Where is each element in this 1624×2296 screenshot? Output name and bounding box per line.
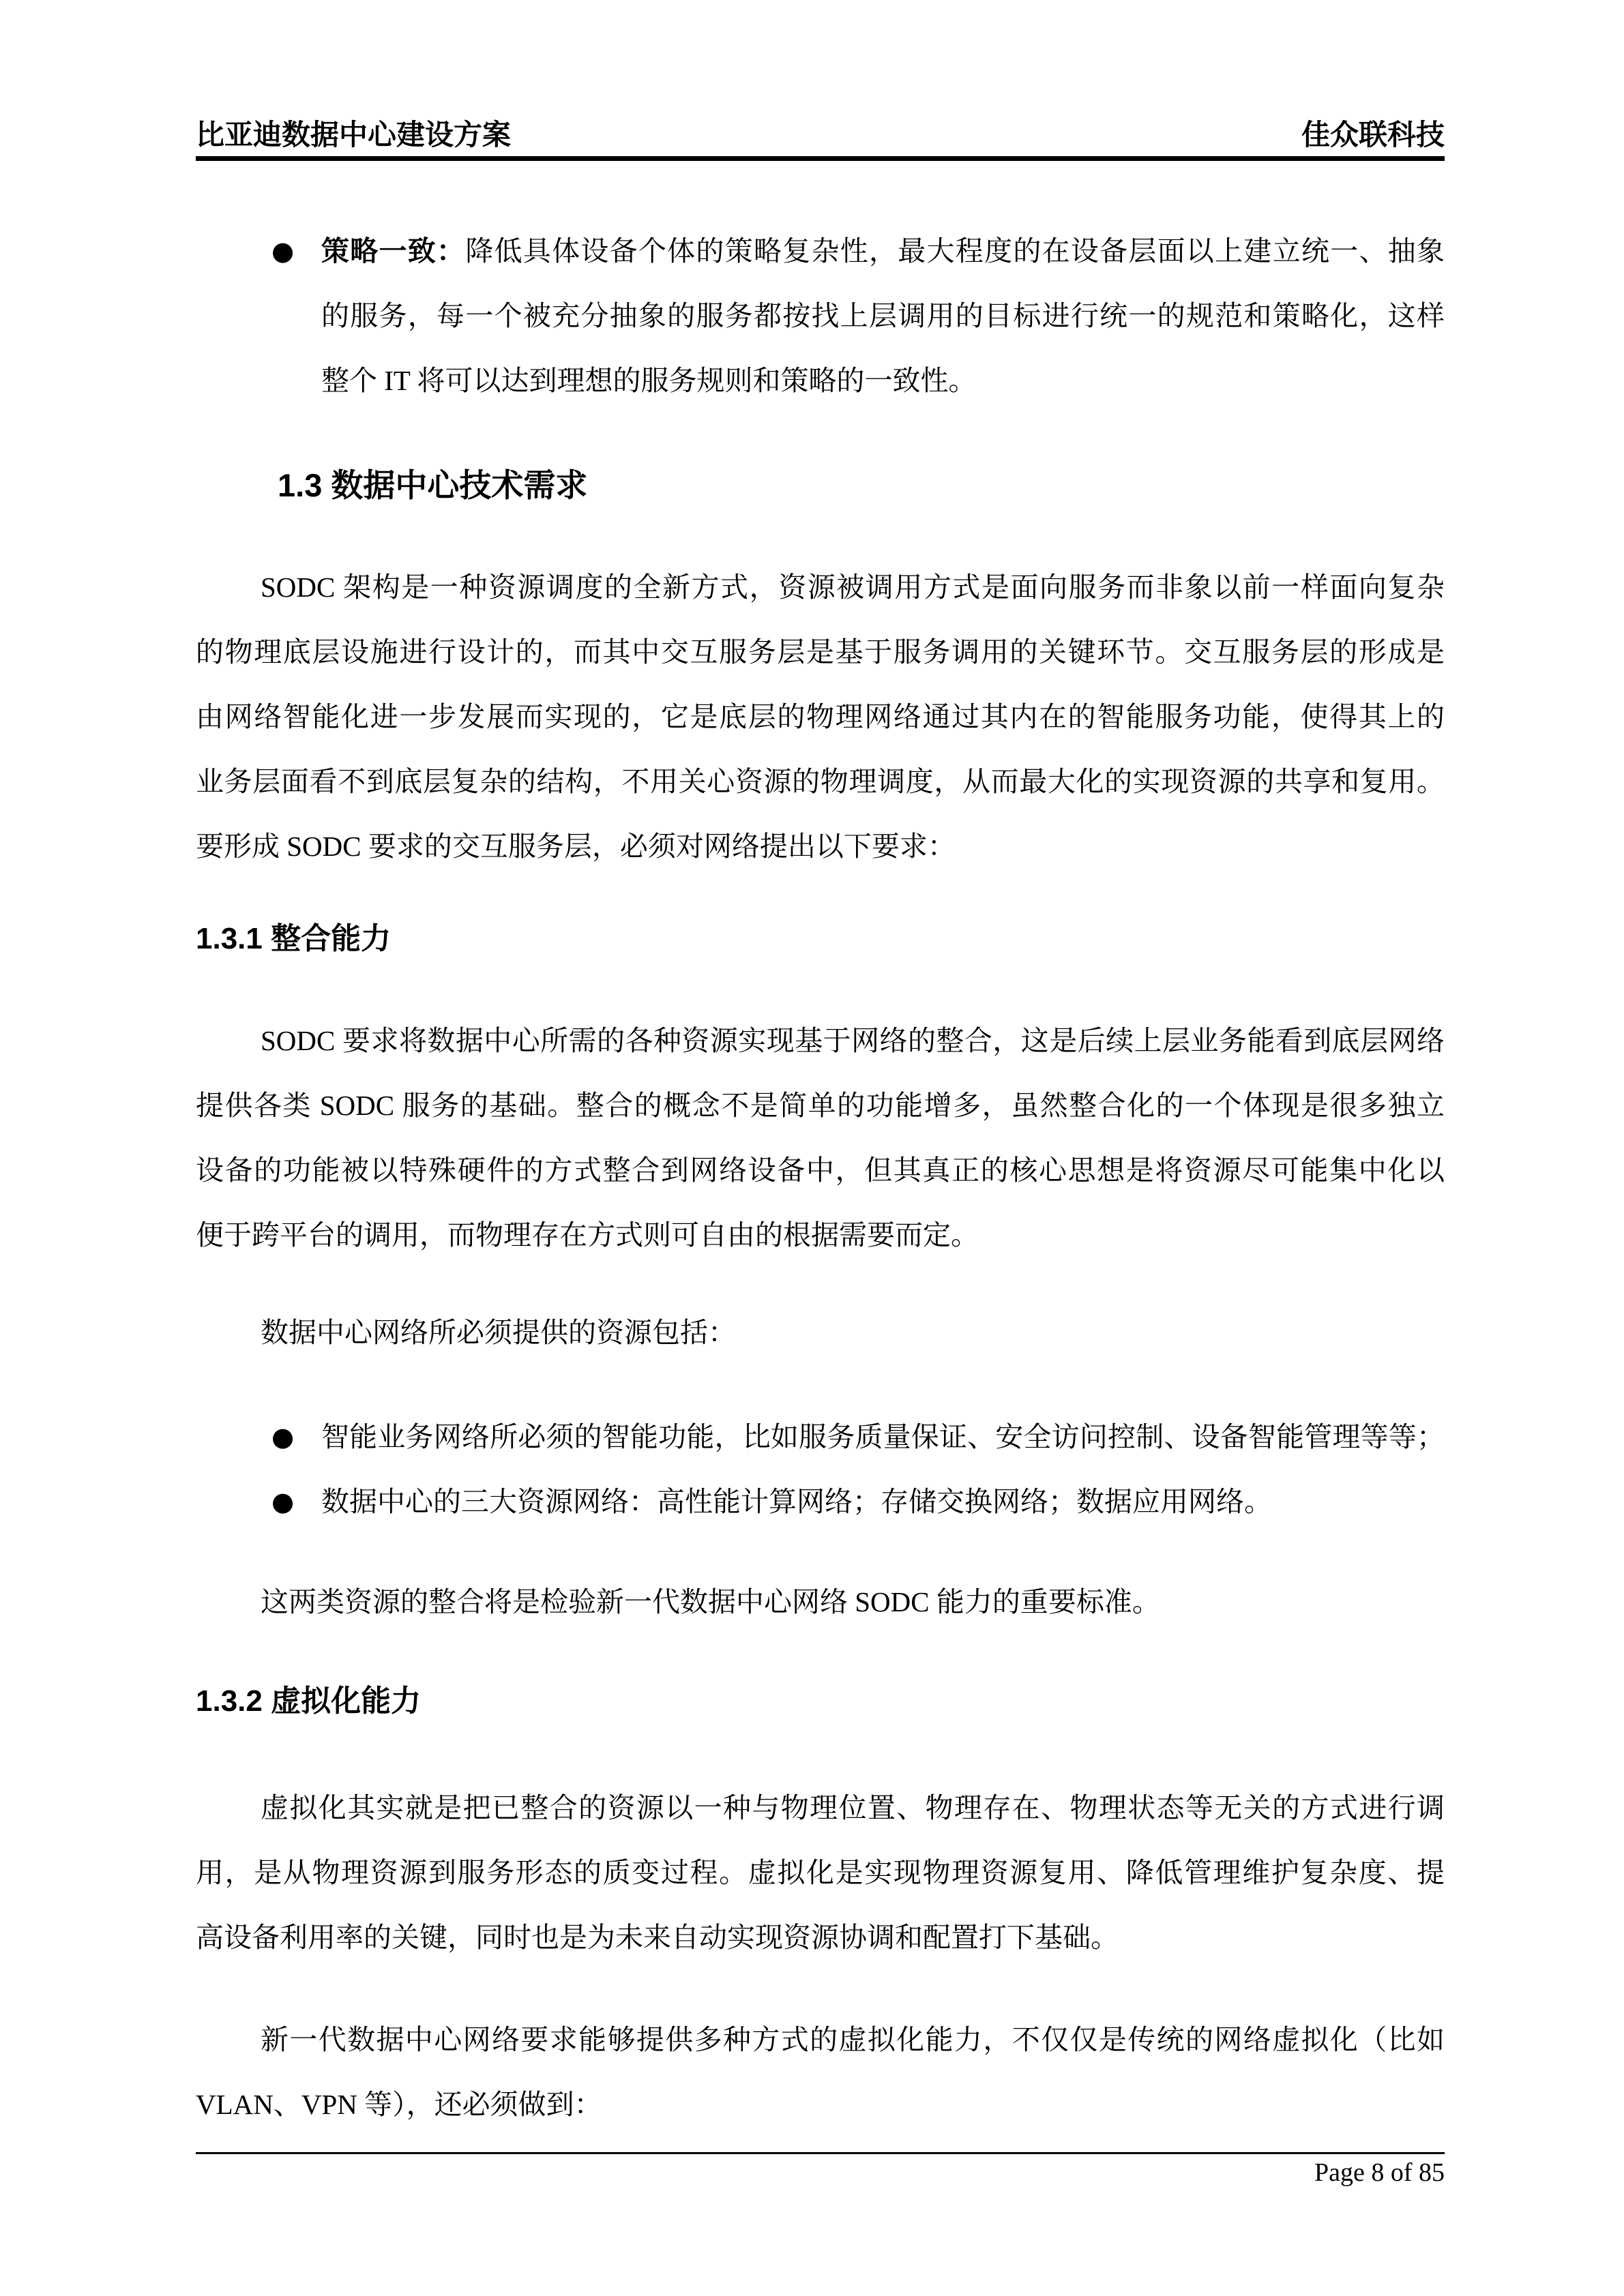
text-line: 这两类资源的整合将是检验新一代数据中心网络 SODC 能力的重要标准。: [196, 1570, 1445, 1635]
text-line: 用，是从物理资源到服务形态的质变过程。虚拟化是实现物理资源复用、降低管理维护复杂…: [196, 1840, 1445, 1905]
section-1-3-1-paragraph-1: SODC 要求将数据中心所需的各种资源实现基于网络的整合，这是后续上层业务能看到…: [196, 1009, 1445, 1268]
text-line: 提供各类 SODC 服务的基础。整合的概念不是简单的功能增多，虽然整合化的一个体…: [196, 1073, 1445, 1138]
section-title-1-3-2: 1.3.2 虚拟化能力: [196, 1669, 1445, 1733]
text-line: 整个 IT 将可以达到理想的服务规则和策略的一致性。: [321, 348, 1445, 413]
bullet-icon: ●: [271, 1405, 294, 1470]
page-header: 比亚迪数据中心建设方案 佳众联科技: [196, 0, 1445, 151]
section-1-3-1-paragraph-3: 这两类资源的整合将是检验新一代数据中心网络 SODC 能力的重要标准。: [196, 1570, 1445, 1635]
text-line: 智能业务网络所必须的智能功能，比如服务质量保证、安全访问控制、设备智能管理等等；: [321, 1405, 1445, 1470]
section-1-3-intro-paragraph: SODC 架构是一种资源调度的全新方式，资源被调用方式是面向服务而非象以前一样面…: [196, 555, 1445, 879]
text-line: 由网络智能化进一步发展而实现的，它是底层的物理网络通过其内在的智能服务功能，使得…: [196, 685, 1445, 749]
policy-bullet-item: ● 策略一致：降低具体设备个体的策略复杂性，最大程度的在设备层面以上建立统一、抽…: [196, 219, 1445, 413]
text-line: 数据中心网络所必须提供的资源包括：: [196, 1300, 1445, 1365]
header-rule: [196, 156, 1445, 161]
section-1-3-2-paragraph-1: 虚拟化其实就是把已整合的资源以一种与物理位置、物理存在、物理状态等无关的方式进行…: [196, 1776, 1445, 1970]
policy-bullet-text: 降低具体设备个体的策略复杂性，最大程度的在设备层面以上建立统一、抽象: [465, 235, 1445, 267]
text-line: VLAN、VPN 等），还必须做到：: [196, 2072, 1445, 2137]
text-line: 高设备利用率的关键，同时也是为未来自动实现资源协调和配置打下基础。: [196, 1905, 1445, 1970]
document-page: 比亚迪数据中心建设方案 佳众联科技 ● 策略一致：降低具体设备个体的策略复杂性，…: [0, 0, 1624, 2296]
page-content: 比亚迪数据中心建设方案 佳众联科技 ● 策略一致：降低具体设备个体的策略复杂性，…: [196, 0, 1445, 2137]
list-item: ●数据中心的三大资源网络：高性能计算网络；存储交换网络；数据应用网络。: [196, 1470, 1445, 1534]
text-line: 策略一致：降低具体设备个体的策略复杂性，最大程度的在设备层面以上建立统一、抽象: [321, 219, 1445, 284]
header-doc-title: 比亚迪数据中心建设方案: [196, 119, 511, 151]
policy-bullet-label: 策略一致：: [321, 235, 465, 267]
bullet-icon: ●: [271, 219, 294, 284]
text-line: 的服务，每一个被充分抽象的服务都按找上层调用的目标进行统一的规范和策略化，这样: [321, 284, 1445, 348]
resource-bullet-list: ●智能业务网络所必须的智能功能，比如服务质量保证、安全访问控制、设备智能管理等等…: [196, 1405, 1445, 1534]
list-item: ●智能业务网络所必须的智能功能，比如服务质量保证、安全访问控制、设备智能管理等等…: [196, 1405, 1445, 1470]
text-line: 设备的功能被以特殊硬件的方式整合到网络设备中，但其真正的核心思想是将资源尽可能集…: [196, 1138, 1445, 1203]
section-1-3-2-paragraph-2: 新一代数据中心网络要求能够提供多种方式的虚拟化能力，不仅仅是传统的网络虚拟化（比…: [196, 2008, 1445, 2137]
page-footer: Page 8 of 85: [196, 2152, 1445, 2191]
header-company-name: 佳众联科技: [1301, 119, 1445, 151]
policy-bullet-wrap-lines: 的服务，每一个被充分抽象的服务都按找上层调用的目标进行统一的规范和策略化，这样整…: [321, 284, 1445, 413]
page-number: Page 8 of 85: [196, 2154, 1445, 2191]
bullet-icon: ●: [271, 1470, 294, 1534]
text-line: SODC 要求将数据中心所需的各种资源实现基于网络的整合，这是后续上层业务能看到…: [196, 1009, 1445, 1073]
text-line: 数据中心的三大资源网络：高性能计算网络；存储交换网络；数据应用网络。: [321, 1470, 1445, 1534]
text-line: 的物理底层设施进行设计的，而其中交互服务层是基于服务调用的关键环节。交互服务层的…: [196, 620, 1445, 685]
text-line: 虚拟化其实就是把已整合的资源以一种与物理位置、物理存在、物理状态等无关的方式进行…: [196, 1776, 1445, 1840]
text-line: 新一代数据中心网络要求能够提供多种方式的虚拟化能力，不仅仅是传统的网络虚拟化（比…: [196, 2008, 1445, 2072]
text-line: SODC 架构是一种资源调度的全新方式，资源被调用方式是面向服务而非象以前一样面…: [196, 555, 1445, 620]
text-line: 业务层面看不到底层复杂的结构，不用关心资源的物理调度，从而最大化的实现资源的共享…: [196, 749, 1445, 814]
text-line: 要形成 SODC 要求的交互服务层，必须对网络提出以下要求：: [196, 814, 1445, 879]
section-title-1-3-1: 1.3.1 整合能力: [196, 906, 1445, 971]
section-title-1-3: 1.3 数据中心技术需求: [278, 453, 1445, 518]
section-1-3-1-paragraph-2: 数据中心网络所必须提供的资源包括：: [196, 1300, 1445, 1365]
text-line: 便于跨平台的调用，而物理存在方式则可自由的根据需要而定。: [196, 1203, 1445, 1268]
